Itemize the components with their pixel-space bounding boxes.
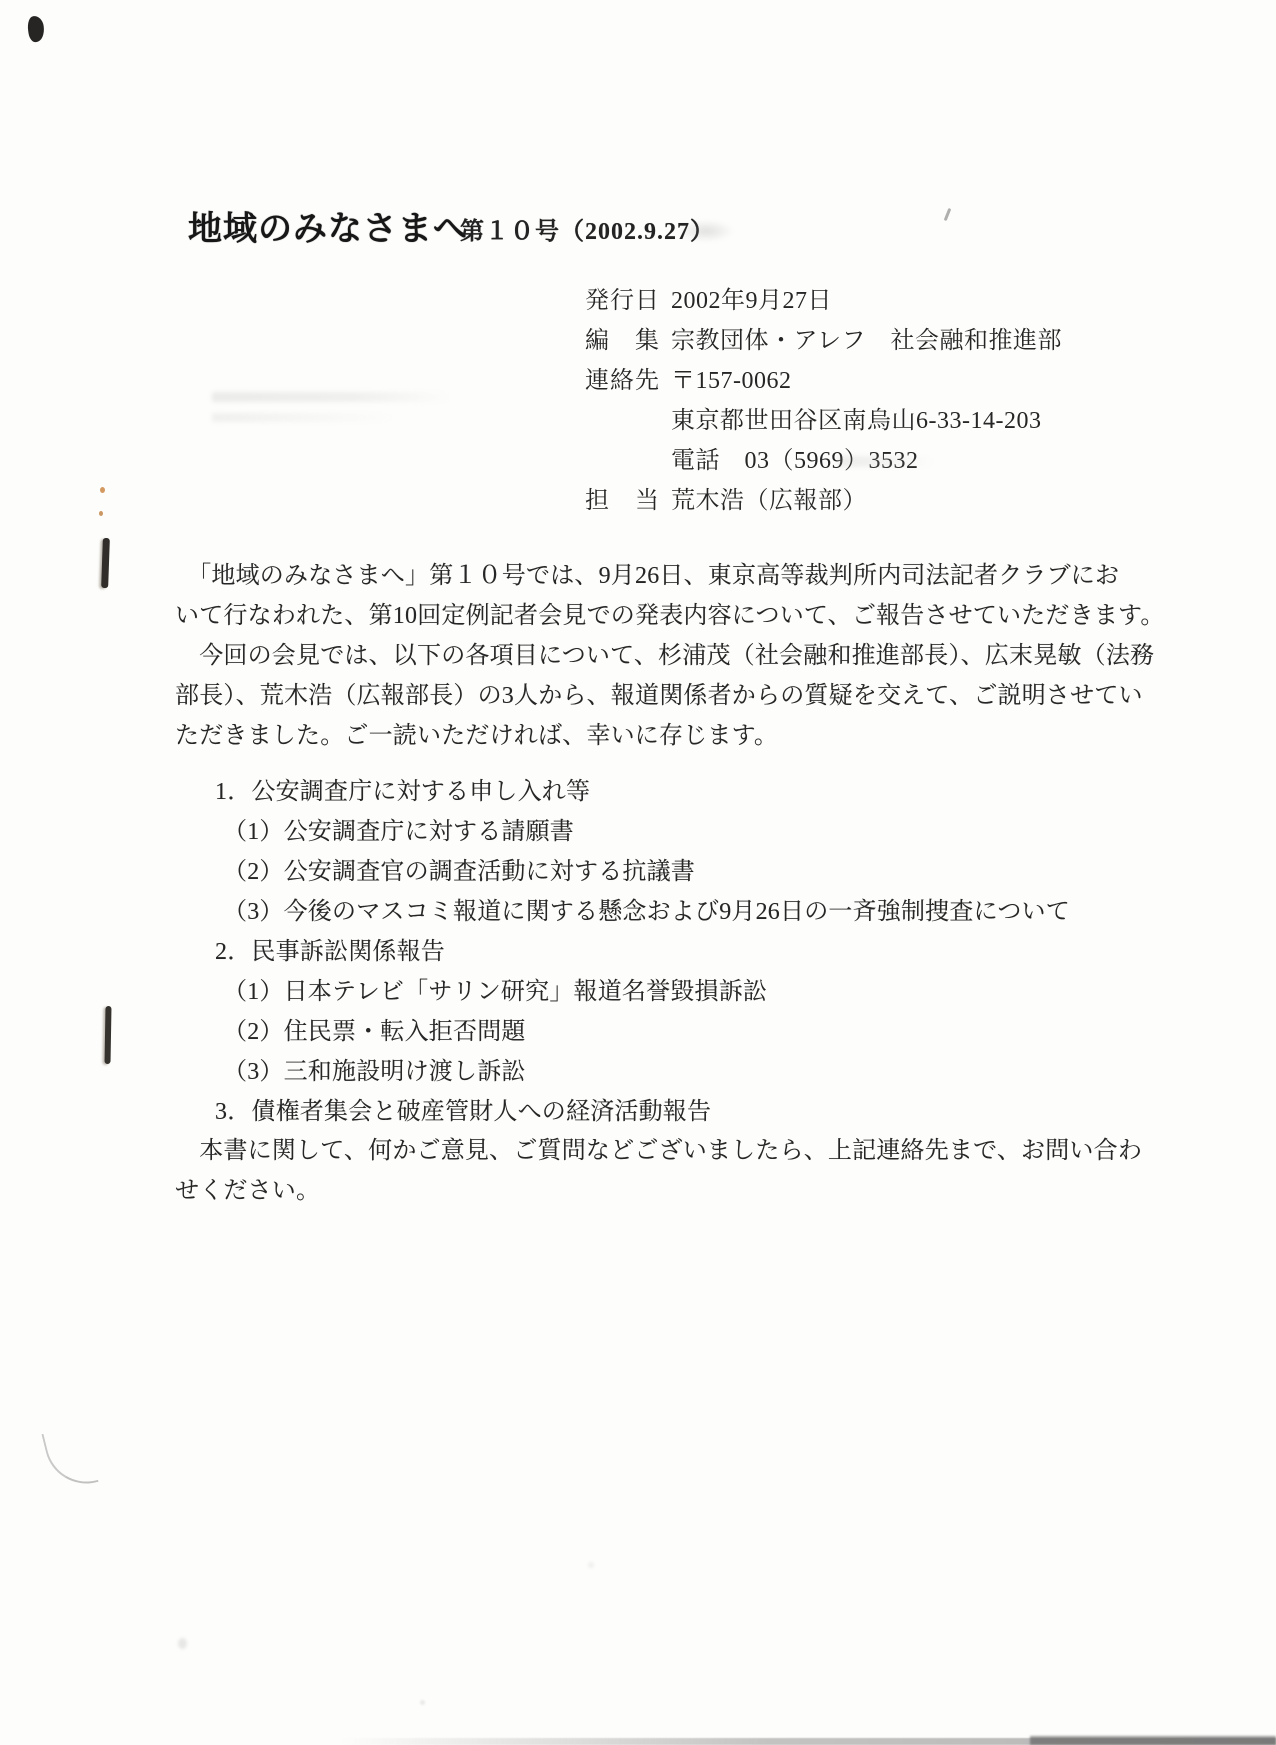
scan-smudge <box>678 220 734 242</box>
page-curl-mark <box>41 1424 98 1493</box>
agenda-item-2: 2．民事訴訟関係報告 <box>215 932 1070 972</box>
scan-speck <box>178 1638 187 1649</box>
meeting-paragraph: 今回の会見では、以下の各項目について、杉浦茂（社会融和推進部長）、広末晃敏（法務… <box>175 636 1154 756</box>
agenda-item-2-1: （1）日本テレビ「サリン研究」報道名誉毀損訴訟 <box>215 972 1070 1012</box>
bleed-through-text <box>838 456 934 467</box>
agenda-list: 1．公安調査庁に対する申し入れ等 （1）公安調査庁に対する請願書 （2）公安調査… <box>215 772 1070 1132</box>
agenda-item-3: 3．債権者集会と破産管財人への経済活動報告 <box>215 1092 1070 1132</box>
agenda-item-2-2: （2）住民票・転入拒否問題 <box>215 1012 1070 1052</box>
agenda-item-1-1: （1）公安調査庁に対する請願書 <box>215 812 1070 852</box>
paragraph-line: 本書に関して、何かご意見、ご質問などございましたら、上記連絡先まで、お問い合わ <box>175 1131 1142 1171</box>
pubinfo-row-editor: 編 集 宗教団体・アレフ 社会融和推進部 <box>585 321 1062 361</box>
pubinfo-value: 2002年9月27日 <box>671 288 832 314</box>
bleed-through-text <box>212 392 452 402</box>
pubinfo-value: 〒157-0062 <box>671 368 792 394</box>
scan-speck <box>588 1562 594 1568</box>
pubinfo-value: 宗教団体・アレフ 社会融和推進部 <box>671 328 1062 354</box>
intro-paragraph: 「地域のみなさまへ」第１０号では、9月26日、東京高等裁判所内司法記者クラブにお… <box>175 556 1165 636</box>
scan-edge-shadow <box>1030 1736 1276 1745</box>
pubinfo-value: 東京都世田谷区南烏山6-33-14-203 <box>671 408 1041 434</box>
pubinfo-row-address: 東京都世田谷区南烏山6-33-14-203 <box>585 401 1062 441</box>
staple-mark-top <box>101 538 110 588</box>
paragraph-line: 部長）、荒木浩（広報部長）の3人から、報道関係者からの質疑を交えて、ご説明させて… <box>175 676 1154 716</box>
page-title: 地域のみなさまへ <box>188 201 468 250</box>
pubinfo-row-person: 担 当 荒木浩（広報部） <box>585 481 1062 521</box>
paragraph-line: 「地域のみなさまへ」第１０号では、9月26日、東京高等裁判所内司法記者クラブにお <box>175 556 1165 596</box>
rust-speck <box>100 487 105 493</box>
pubinfo-value: 荒木浩（広報部） <box>671 488 867 514</box>
ink-blot-mark <box>26 15 45 43</box>
paragraph-line: 今回の会見では、以下の各項目について、杉浦茂（社会融和推進部長）、広末晃敏（法務 <box>175 636 1154 676</box>
paragraph-line: せください。 <box>175 1171 1142 1211</box>
paragraph-line: いて行なわれた、第10回定例記者会見での発表内容について、ご報告させていただきま… <box>175 596 1165 636</box>
pubinfo-label: 担 当 <box>585 481 665 521</box>
agenda-item-1-2: （2）公安調査官の調査活動に対する抗議書 <box>215 852 1070 892</box>
agenda-item-2-3: （3）三和施設明け渡し訴訟 <box>215 1052 1070 1092</box>
publication-info-block: 発行日 2002年9月27日 編 集 宗教団体・アレフ 社会融和推進部 連絡先 … <box>585 281 1062 521</box>
pubinfo-label: 編 集 <box>585 321 665 361</box>
issue-number: 第１０号（2002.9.27） <box>460 211 715 246</box>
rust-speck <box>99 511 103 516</box>
agenda-item-1: 1．公安調査庁に対する申し入れ等 <box>215 772 1070 812</box>
bleed-through-text <box>212 413 397 422</box>
agenda-item-1-3: （3）今後のマスコミ報道に関する懸念および9月26日の一斉強制捜査について <box>215 892 1070 932</box>
scan-tick-mark <box>944 208 952 221</box>
pubinfo-label: 連絡先 <box>585 361 665 401</box>
paragraph-line: ただきました。ご一読いただければ、幸いに存じます。 <box>175 716 1154 756</box>
staple-mark-bottom <box>104 1006 111 1064</box>
scanned-document-page: 地域のみなさまへ 第１０号（2002.9.27） 発行日 2002年9月27日 … <box>0 0 1276 1745</box>
pubinfo-label: 発行日 <box>585 281 665 321</box>
pubinfo-row-phone: 電話 03（5969）3532 <box>585 441 1062 481</box>
closing-paragraph: 本書に関して、何かご意見、ご質問などございましたら、上記連絡先まで、お問い合わ … <box>175 1131 1142 1211</box>
pubinfo-row-issued: 発行日 2002年9月27日 <box>585 281 1062 321</box>
pubinfo-row-contact: 連絡先 〒157-0062 <box>585 361 1062 401</box>
scan-speck <box>420 1700 425 1705</box>
